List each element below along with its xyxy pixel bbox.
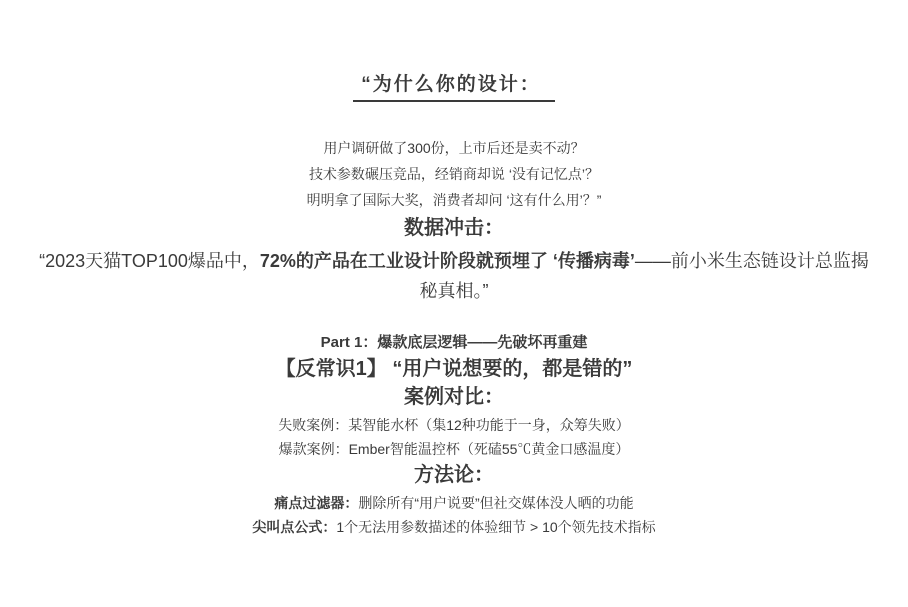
pain-point-filter-label: 痛点过滤器： <box>274 495 358 511</box>
page-title: “为什么你的设计： <box>0 72 908 102</box>
document-page: “为什么你的设计： 用户调研做了300份，上市后还是卖不动？ 技术参数碾压竞品，… <box>0 0 908 607</box>
methodology-heading: 方法论： <box>0 461 908 489</box>
part1-section-heading: Part 1：爆款底层逻辑——先破坏再重建 <box>0 332 908 354</box>
scream-point-formula-label: 尖叫点公式： <box>252 519 336 535</box>
case-comparison-list: 失败案例：某智能水杯（集12种功能于一身，众筹失败） 爆款案例：Ember智能温… <box>0 413 908 461</box>
pain-point-filter-line: 痛点过滤器：删除所有“用户说要”但社交媒体没人晒的功能 <box>0 491 908 515</box>
intro-line-1: 用户调研做了300份，上市后还是卖不动？ <box>0 135 908 161</box>
scream-point-formula-line: 尖叫点公式：1个无法用参数描述的体验细节 > 10个领先技术指标 <box>0 515 908 539</box>
hit-case-line: 爆款案例：Ember智能温控杯（死磕55℃黄金口感温度） <box>0 437 908 461</box>
quote-prefix: “2023天猫TOP100爆品中， <box>39 251 260 271</box>
quote-bold-statistic: 72%的产品在工业设计阶段就预埋了 ‘传播病毒’ <box>260 251 635 271</box>
scream-point-formula-text: 1个无法用参数描述的体验细节 > 10个领先技术指标 <box>336 519 655 535</box>
counter-intuition-heading: 【反常识1】 “用户说想要的，都是错的” <box>0 355 908 383</box>
case-comparison-heading: 案例对比： <box>0 383 908 411</box>
intro-paragraph: 用户调研做了300份，上市后还是卖不动？ 技术参数碾压竞品，经销商却说 ‘没有记… <box>0 135 908 213</box>
data-impact-quote: “2023天猫TOP100爆品中，72%的产品在工业设计阶段就预埋了 ‘传播病毒… <box>33 246 875 306</box>
pain-point-filter-text: 删除所有“用户说要”但社交媒体没人晒的功能 <box>358 495 633 511</box>
intro-line-3: 明明拿了国际大奖，消费者却问 ‘这有什么用’？” <box>0 187 908 213</box>
page-title-text: “为什么你的设计： <box>353 72 555 102</box>
intro-line-2: 技术参数碾压竞品，经销商却说 ‘没有记忆点’？ <box>0 161 908 187</box>
failure-case-line: 失败案例：某智能水杯（集12种功能于一身，众筹失败） <box>0 413 908 437</box>
methodology-list: 痛点过滤器：删除所有“用户说要”但社交媒体没人晒的功能 尖叫点公式：1个无法用参… <box>0 491 908 539</box>
data-impact-heading: 数据冲击： <box>0 213 908 243</box>
